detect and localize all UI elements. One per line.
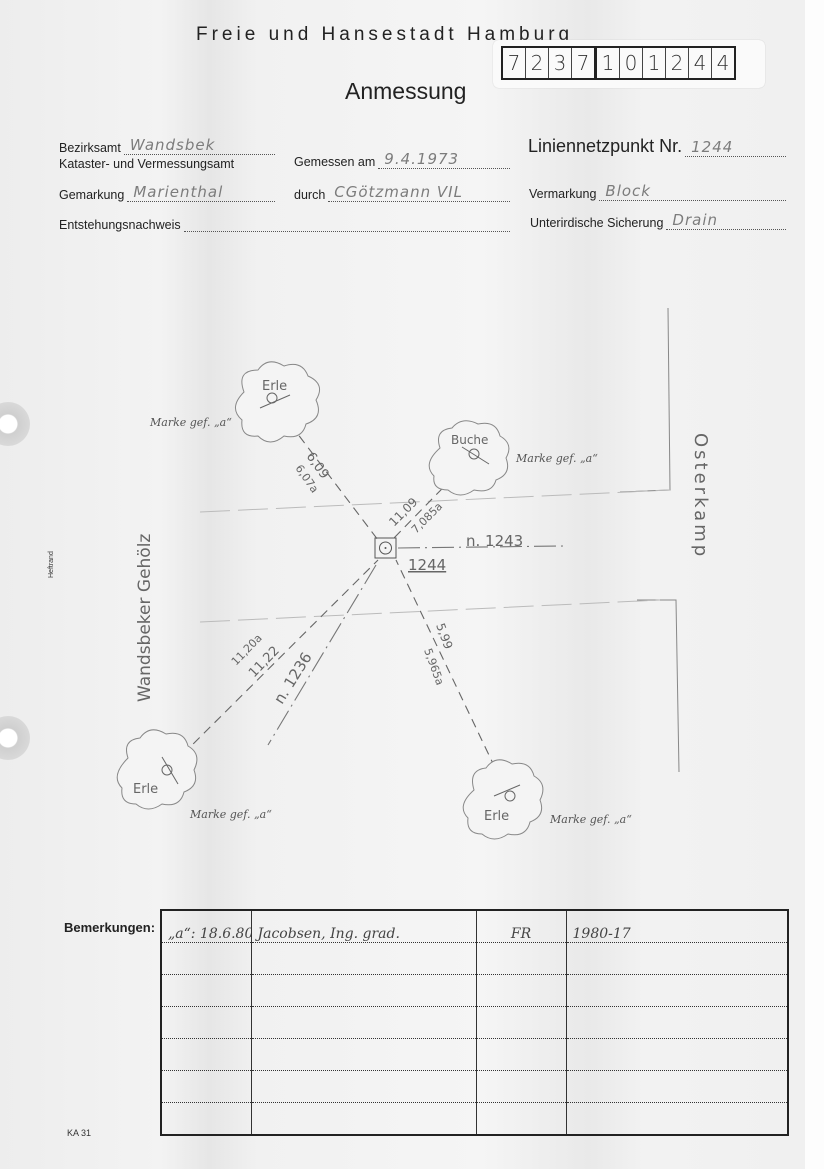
remarks-cell[interactable] [161,1007,251,1039]
remarks-cell[interactable]: Jacobsen, Ing. grad. [251,910,476,943]
tree-erle-sw-label: Erle [133,782,158,797]
street-wandsbeker-gehoelz: Wandsbeker Gehölz [135,534,155,702]
table-row [161,1103,788,1136]
margin-label-heftrand: Heftrand [48,551,55,578]
tree-erle-se-note: Marke gef. „a“ [549,813,632,826]
measure-line-erle-se [396,560,508,795]
remarks-cell[interactable] [476,975,566,1007]
remarks-cell[interactable] [251,943,476,975]
tree-erle-se-label: Erle [484,809,509,824]
table-row [161,1039,788,1071]
tree-erle-se-outline [463,760,543,839]
remarks-cell[interactable] [161,943,251,975]
point-1244-label: 1244 [408,556,446,574]
remarks-label: Bemerkungen: [64,920,155,935]
survey-sketch: Erle Buche Erle Erle Marke gef. „a“ Mark… [0,0,824,900]
street-boundary-north [620,308,670,492]
tree-buche-label: Buche [451,433,488,447]
remarks-cell[interactable] [476,1039,566,1071]
remarks-table: „a“: 18.6.80Jacobsen, Ing. grad.FR1980-1… [160,909,789,1136]
street-osterkamp: Osterkamp [690,433,711,559]
tree-erle-nw-label: Erle [262,379,287,394]
remarks-cell[interactable] [251,1071,476,1103]
street-boundary-south [637,600,679,772]
remarks-cell[interactable]: FR [476,910,566,943]
table-row [161,1071,788,1103]
remarks-cell[interactable] [251,1039,476,1071]
tree-erle-sw-note: Marke gef. „a“ [189,808,272,821]
remarks-cell[interactable] [476,1007,566,1039]
remarks-cell[interactable]: „a“: 18.6.80 [161,910,251,943]
remarks-cell[interactable] [251,1007,476,1039]
traverse-line-lower [200,600,660,622]
remarks-cell[interactable] [161,1103,251,1136]
remarks-cell[interactable] [476,943,566,975]
remarks-cell[interactable] [476,1103,566,1136]
distance-erle-se: 5,99 [433,621,455,651]
remarks-cell[interactable] [476,1071,566,1103]
table-row [161,1007,788,1039]
remarks-cell[interactable]: 1980-17 [566,910,788,943]
remarks-cell[interactable] [161,1071,251,1103]
tree-erle-sw-outline [117,730,197,809]
table-row [161,975,788,1007]
remarks-cell[interactable] [251,1103,476,1136]
distance-erle-se-alt: 5,965a [421,647,446,687]
remarks-cell[interactable] [566,1103,788,1136]
tree-buche-outline [429,421,509,495]
line-label-1243: n. 1243 [466,532,523,550]
remarks-cell[interactable] [161,975,251,1007]
remarks-cell[interactable] [566,1039,788,1071]
remarks-cell[interactable] [161,1039,251,1071]
remarks-cell[interactable] [566,943,788,975]
remarks-cell[interactable] [566,975,788,1007]
tree-buche-note: Marke gef. „a“ [515,452,598,465]
remarks-cell[interactable] [251,975,476,1007]
tree-erle-nw-note: Marke gef. „a“ [149,416,232,429]
line-to-1236 [268,565,376,745]
form-code: KA 31 [67,1128,91,1138]
tree-erle-nw-outline [235,362,319,442]
table-row [161,943,788,975]
remarks-cell[interactable] [566,1071,788,1103]
remarks-cell[interactable] [566,1007,788,1039]
table-row: „a“: 18.6.80Jacobsen, Ing. grad.FR1980-1… [161,910,788,943]
